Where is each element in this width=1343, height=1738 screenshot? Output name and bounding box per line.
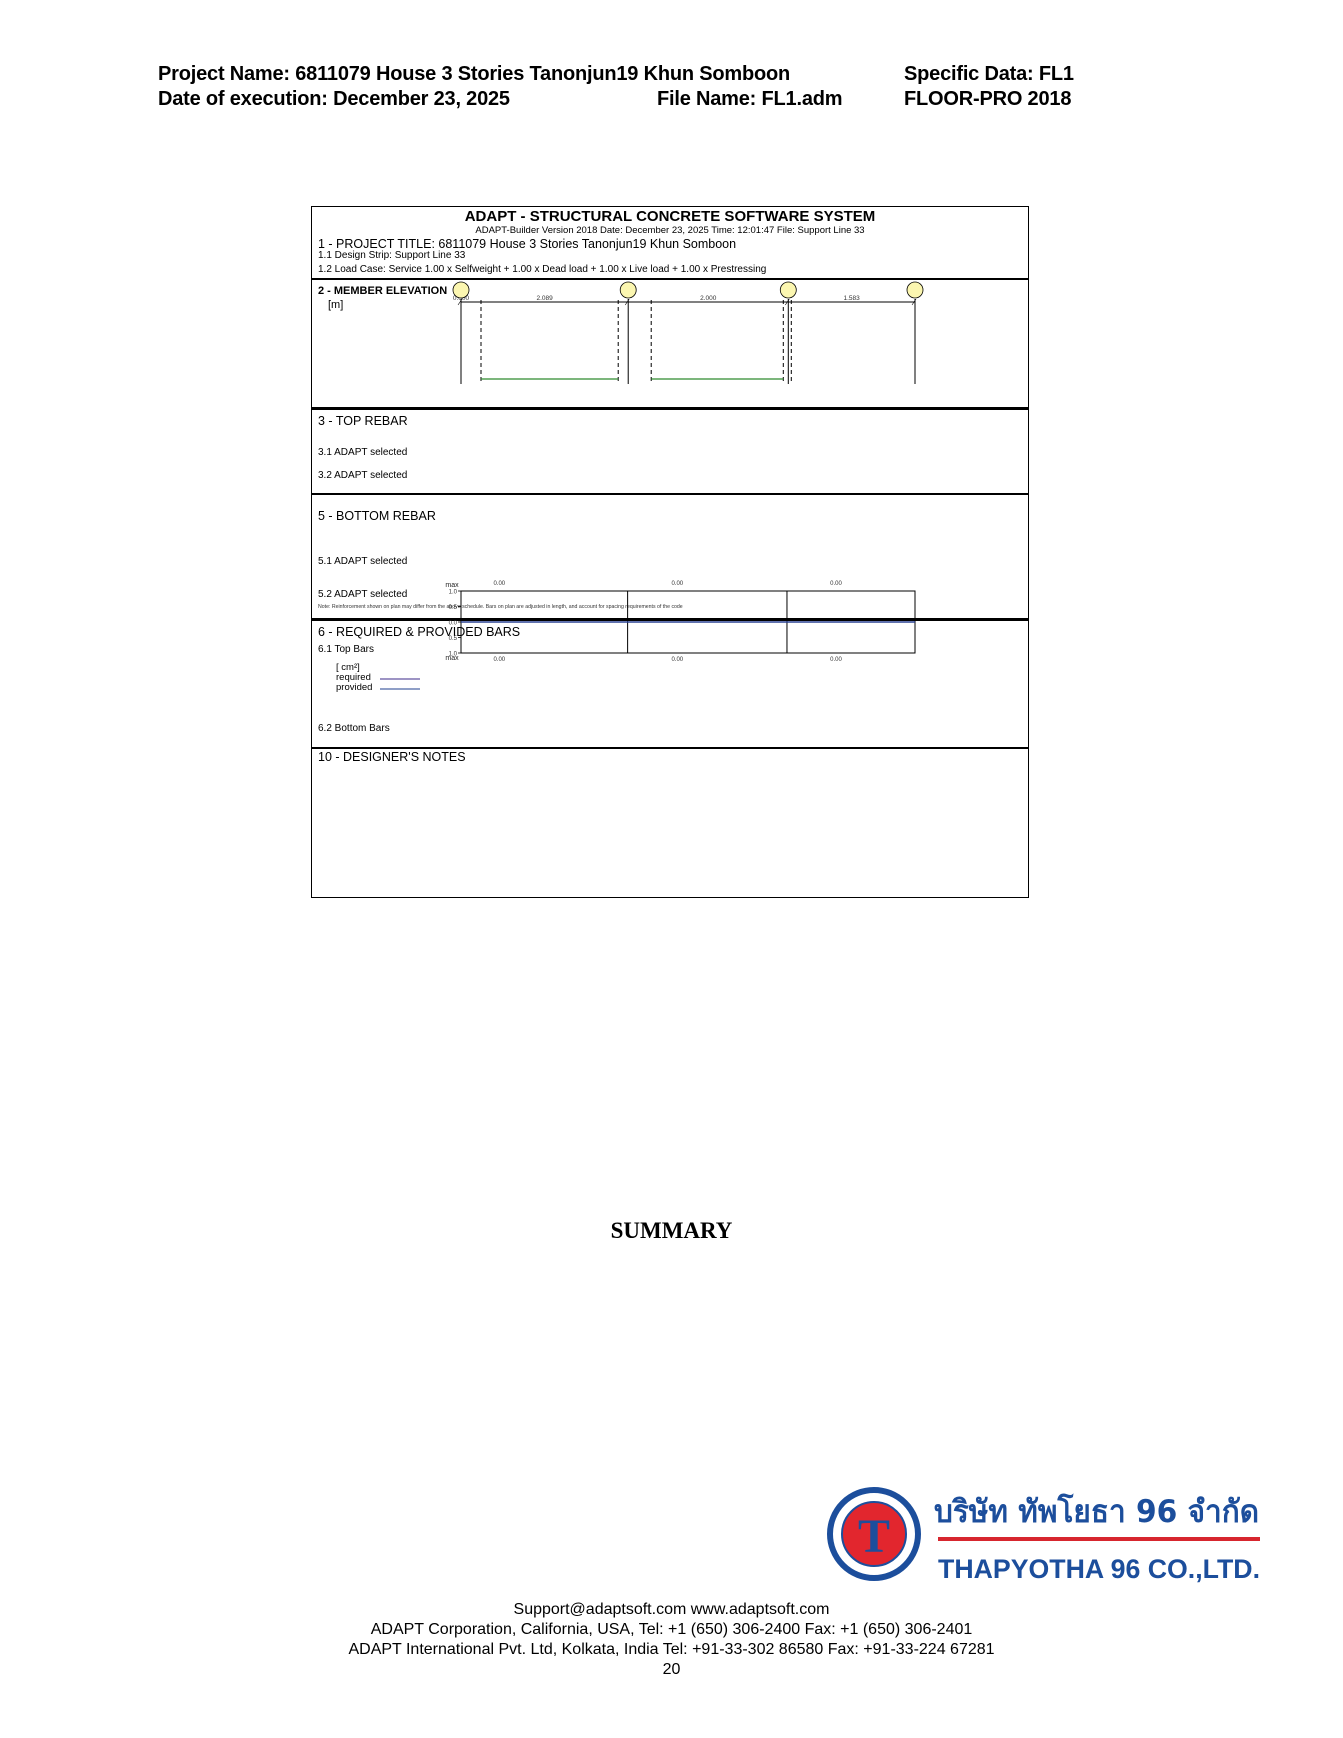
report-sheet: ADAPT - STRUCTURAL CONCRETE SOFTWARE SYS…	[311, 206, 1029, 898]
page-number: 20	[0, 1660, 1343, 1680]
svg-text:1.0: 1.0	[449, 590, 458, 596]
svg-text:0.00: 0.00	[830, 657, 842, 663]
svg-text:max: max	[445, 655, 459, 662]
svg-text:บริษัท ทัพโยธา 96 จำกัด: บริษัท ทัพโยธา 96 จำกัด	[934, 1493, 1259, 1530]
svg-text:max: max	[445, 582, 459, 589]
svg-text:0.00: 0.00	[671, 657, 683, 663]
company-logo: T บริษัท ทัพโยธา 96 จำกัด THAPYOTHA 96 C…	[826, 1482, 1266, 1592]
summary-title: SUMMARY	[0, 1218, 1343, 1244]
designer-notes-body	[318, 769, 1018, 889]
svg-text:THAPYOTHA 96 CO.,LTD.: THAPYOTHA 96 CO.,LTD.	[938, 1554, 1260, 1584]
svg-text:0.5: 0.5	[449, 636, 458, 642]
svg-text:0.00: 0.00	[671, 581, 683, 587]
svg-text:0.5: 0.5	[449, 605, 458, 611]
header-specific-data: Specific Data: FL1	[904, 63, 1074, 86]
divider	[312, 747, 1028, 749]
designer-notes-heading: 10 - DESIGNER'S NOTES	[318, 750, 466, 764]
footer-india-office: ADAPT International Pvt. Ltd, Kolkata, I…	[0, 1640, 1343, 1660]
header-project-name: Project Name: 6811079 House 3 Stories Ta…	[158, 63, 790, 86]
svg-text:0.00: 0.00	[493, 581, 505, 587]
svg-text:T: T	[858, 1510, 890, 1563]
svg-text:0.00: 0.00	[493, 657, 505, 663]
header-software: FLOOR-PRO 2018	[904, 88, 1071, 111]
footer-contact: Support@adaptsoft.com www.adaptsoft.com	[0, 1600, 1343, 1620]
header-date: Date of execution: December 23, 2025	[158, 88, 510, 111]
svg-text:0.00: 0.00	[830, 581, 842, 587]
required-provided-chart: 1.00.50.00.51.0maxmax0.000.000.000.000.0…	[312, 207, 1030, 747]
header-file-name: File Name: FL1.adm	[657, 88, 842, 111]
footer-us-office: ADAPT Corporation, California, USA, Tel:…	[0, 1620, 1343, 1640]
svg-text:0.0: 0.0	[449, 621, 458, 627]
